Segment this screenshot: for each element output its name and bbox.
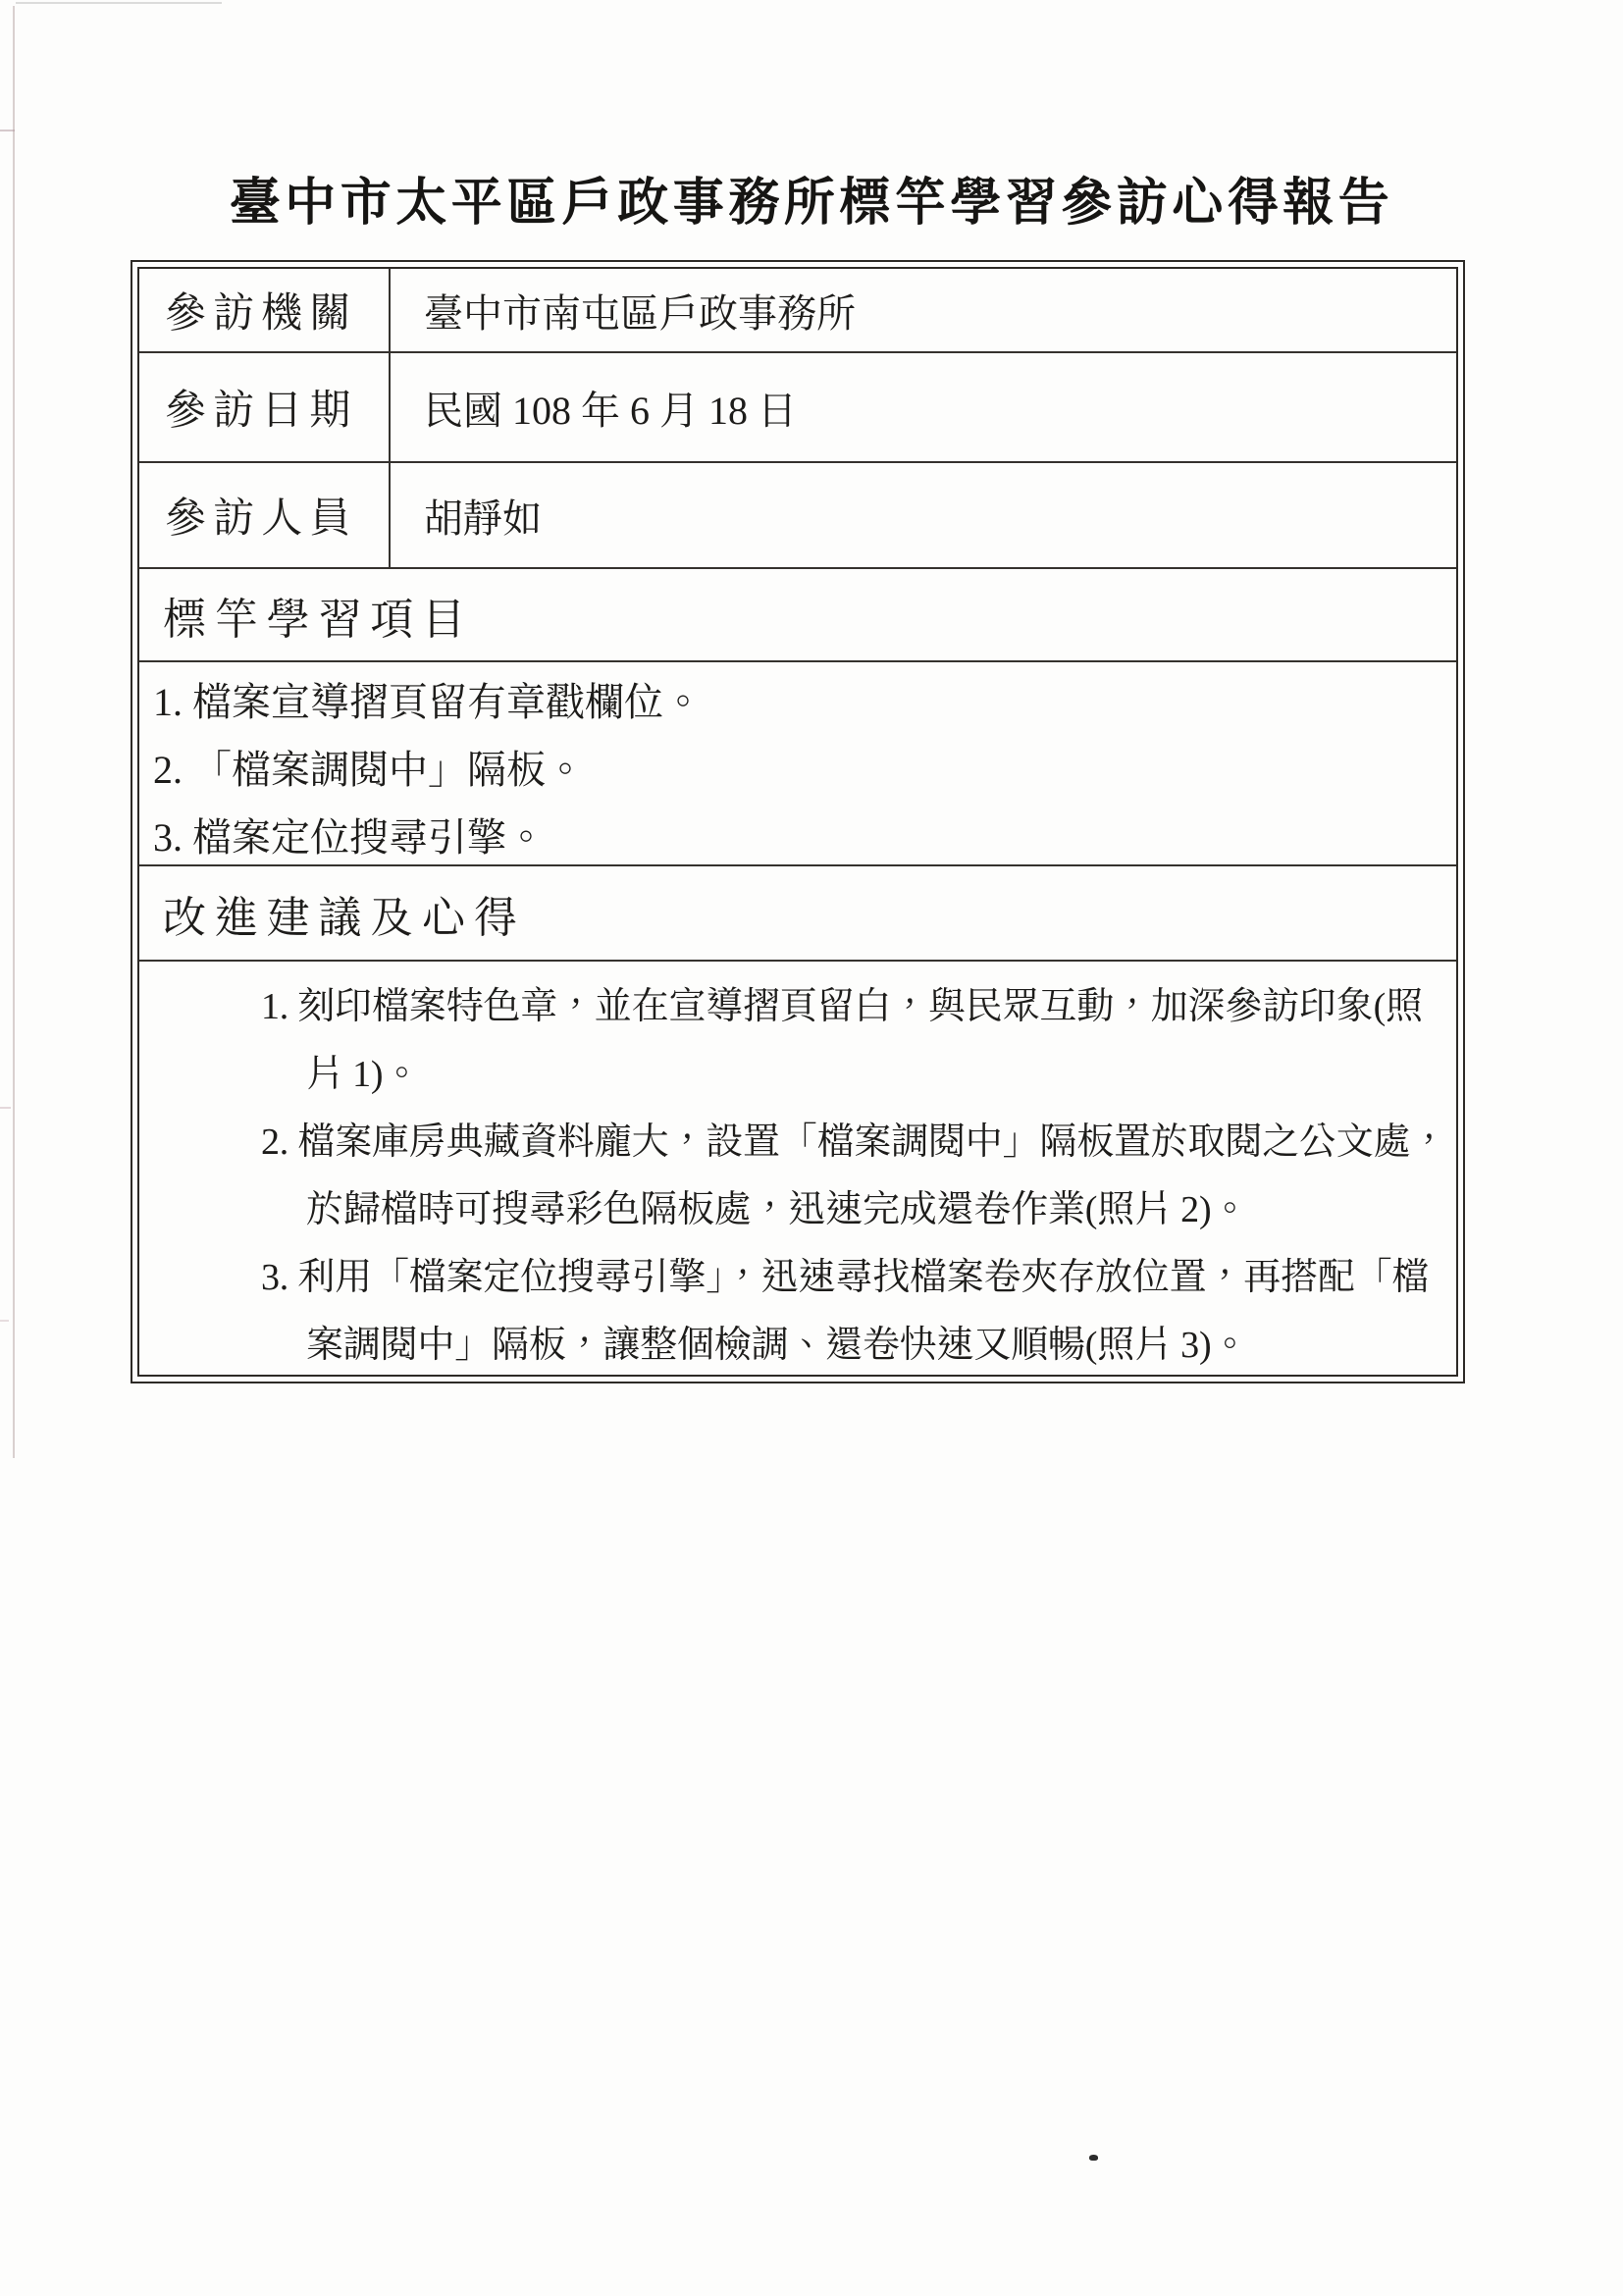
label-visit-personnel: 參訪人員 — [139, 461, 391, 567]
scan-speck — [1089, 2155, 1098, 2161]
suggestions-item-list: 1. 刻印檔案特色章，並在宣導摺頁留白，與民眾互動，加深參訪印象(照片 1)。 … — [139, 960, 1456, 1375]
scan-tick-mark — [0, 130, 15, 131]
benchmark-item: 2. 「檔案調閱中」隔板。 — [153, 736, 1442, 804]
suggestion-item: 1. 刻印檔案特色章，並在宣導摺頁留白，與民眾互動，加深參訪印象(照片 1)。 — [139, 973, 1456, 1109]
label-visited-agency: 參訪機關 — [139, 269, 391, 351]
scan-top-edge-line — [16, 2, 222, 4]
benchmark-item: 1. 檔案宣導摺頁留有章戳欄位。 — [153, 668, 1442, 736]
suggestion-item: 3. 利用「檔案定位搜尋引擎」，迅速尋找檔案卷夾存放位置，再搭配「檔案調閱中」隔… — [139, 1244, 1456, 1375]
report-title: 臺中市太平區戶政事務所標竿學習參訪心得報告 — [0, 175, 1623, 234]
scan-tick-mark — [0, 1107, 11, 1109]
value-visit-date: 民國 108 年 6 月 18 日 — [391, 351, 1456, 461]
scanned-report-page: 臺中市太平區戶政事務所標竿學習參訪心得報告 參訪機關 臺中市南屯區戶政事務所 參… — [0, 0, 1623, 2296]
report-table: 參訪機關 臺中市南屯區戶政事務所 參訪日期 民國 108 年 6 月 18 日 … — [131, 260, 1465, 1383]
value-visit-personnel: 胡靜如 — [391, 461, 1456, 567]
suggestions-section-header: 改進建議及心得 — [139, 864, 1456, 960]
report-table-inner: 參訪機關 臺中市南屯區戶政事務所 參訪日期 民國 108 年 6 月 18 日 … — [137, 267, 1458, 1377]
label-visit-date: 參訪日期 — [139, 351, 391, 461]
value-visited-agency: 臺中市南屯區戶政事務所 — [391, 269, 1456, 351]
benchmark-item-list: 1. 檔案宣導摺頁留有章戳欄位。 2. 「檔案調閱中」隔板。 3. 檔案定位搜尋… — [139, 660, 1456, 864]
benchmark-item: 3. 檔案定位搜尋引擎。 — [153, 804, 1442, 864]
benchmark-section-header: 標竿學習項目 — [139, 567, 1456, 660]
suggestion-item: 2. 檔案庫房典藏資料龐大，設置「檔案調閱中」隔板置於取閱之公文處，於歸檔時可搜… — [139, 1109, 1456, 1244]
scan-tick-mark — [0, 1320, 9, 1322]
